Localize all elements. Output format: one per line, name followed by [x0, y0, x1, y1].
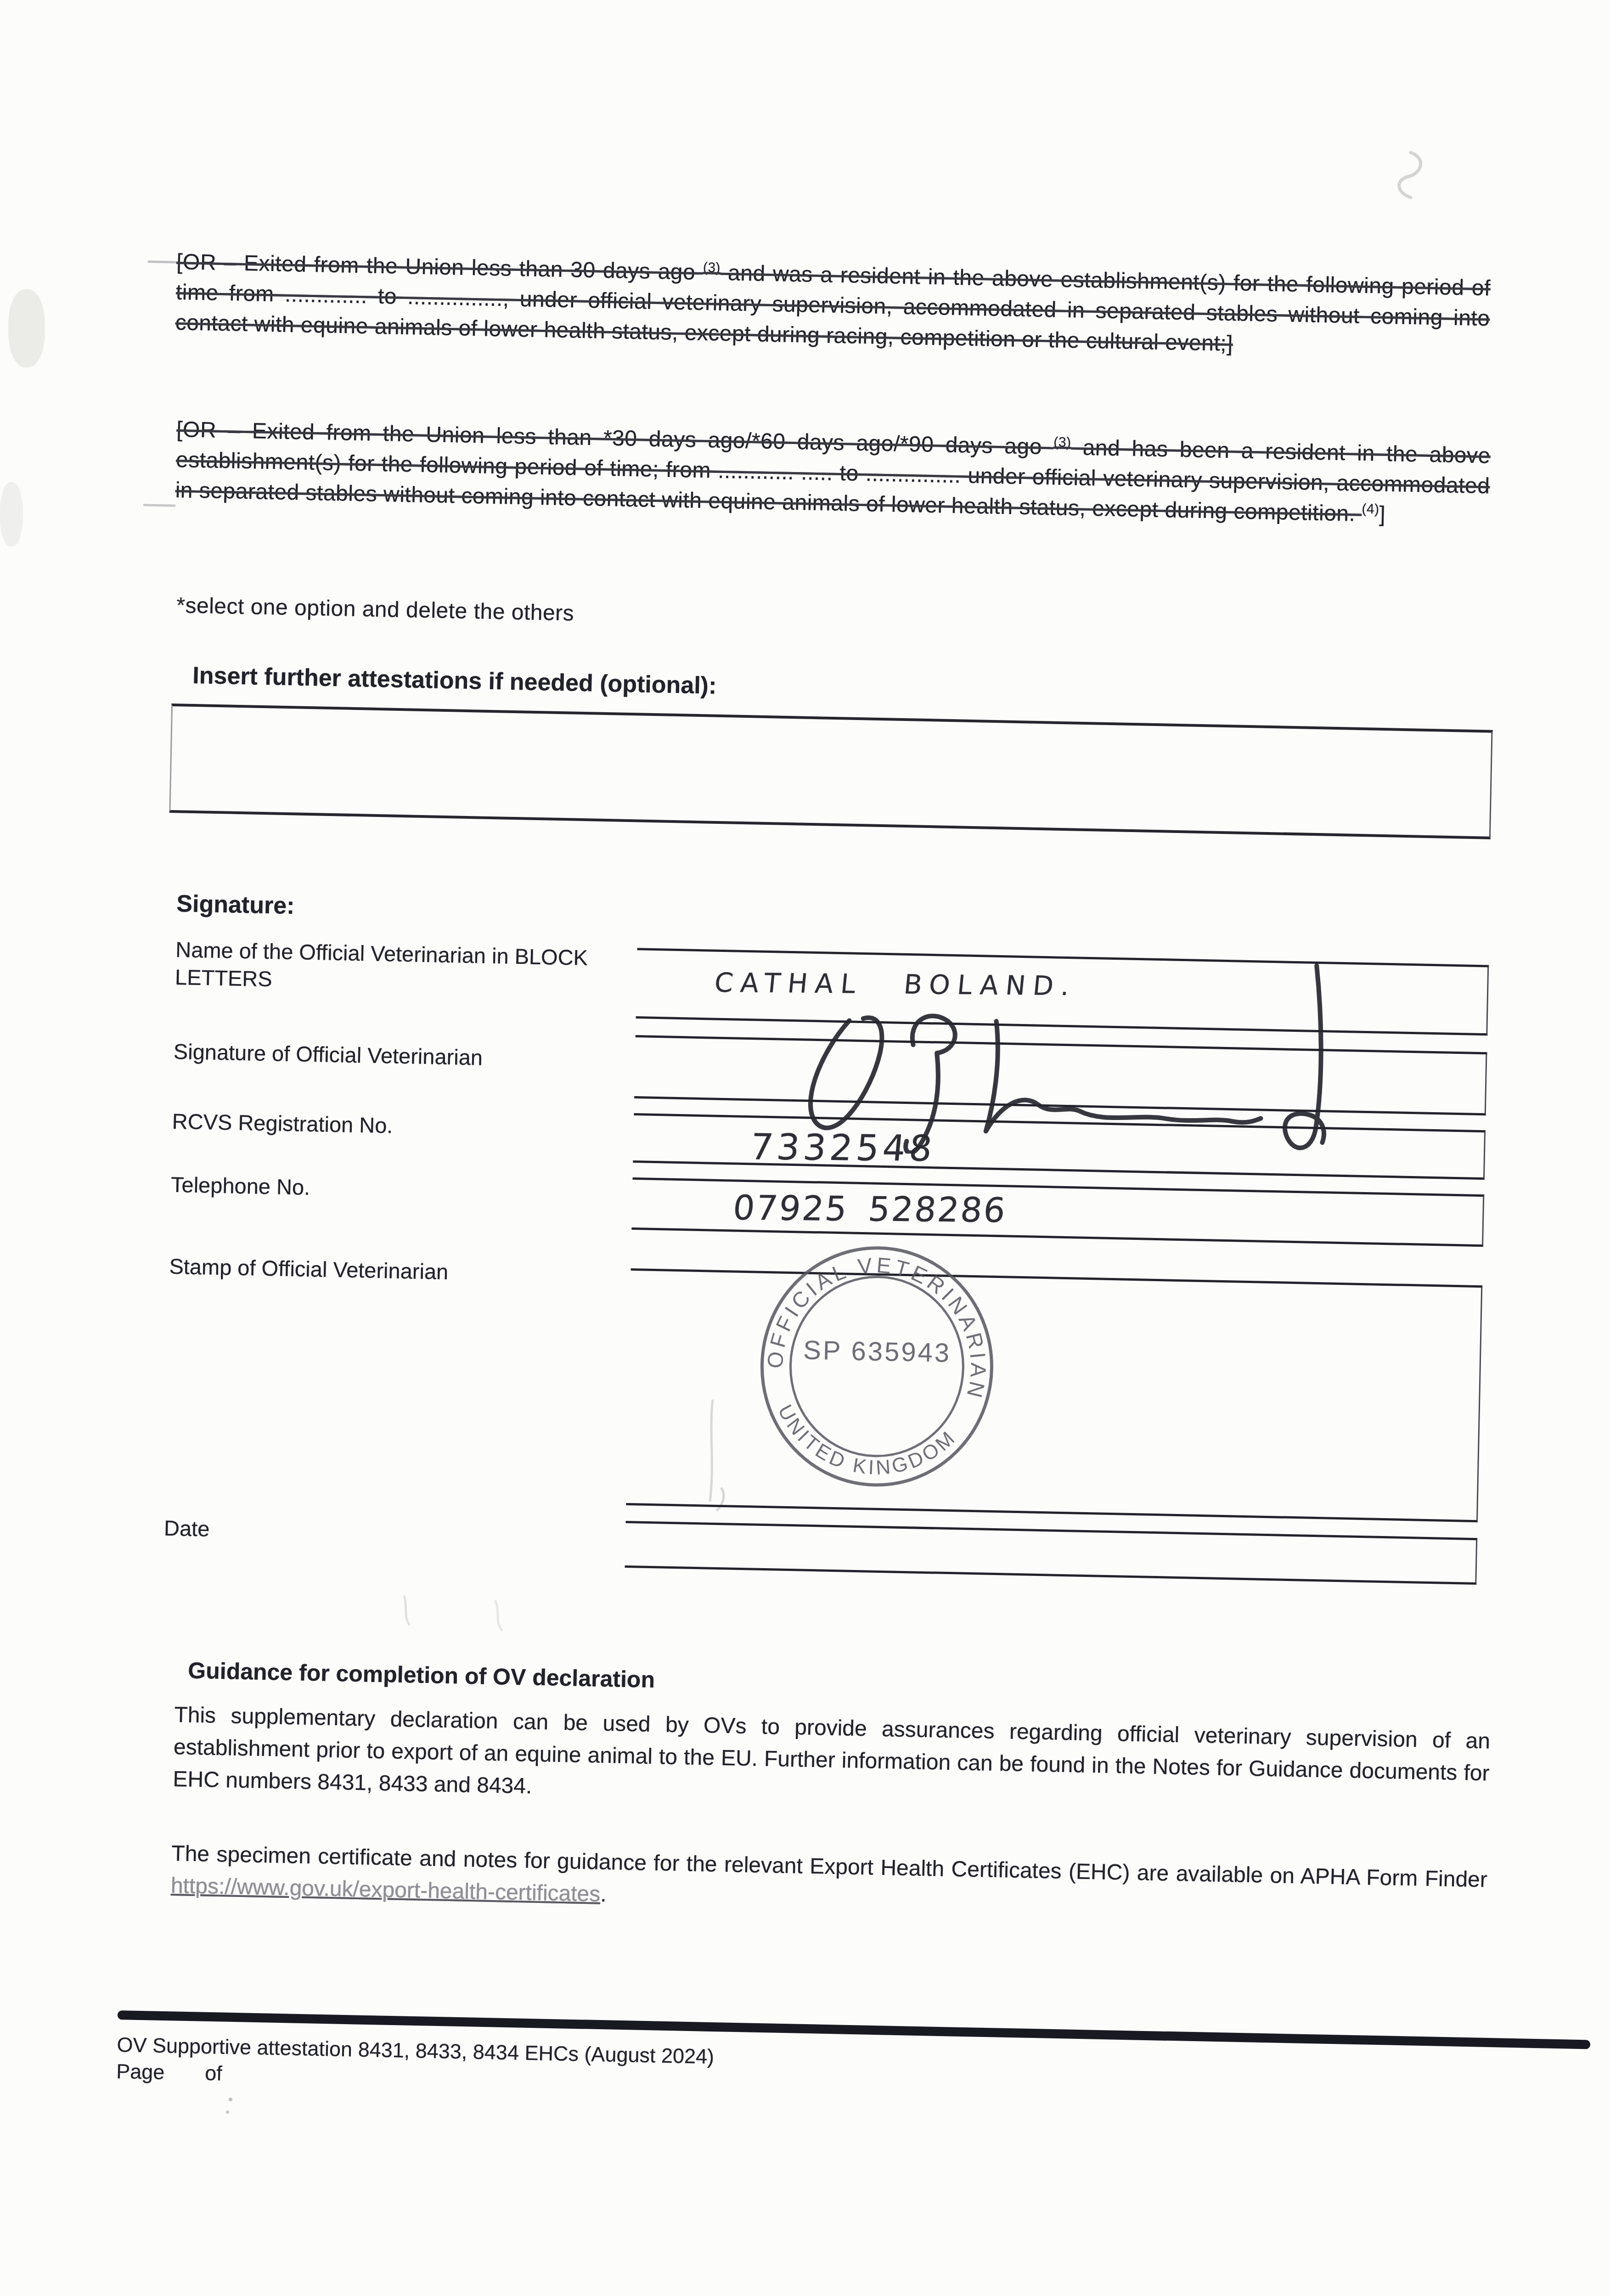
- scan-speck: [226, 2110, 229, 2114]
- export-health-certificates-link: https://www.gov.uk/export-health-certifi…: [170, 1874, 600, 1907]
- stamp-number-text: SP 635943: [803, 1335, 951, 1368]
- select-option-instruction: *select one option and delete the others: [176, 591, 1491, 647]
- svg-text:OFFICIAL VETERINARIAN: OFFICIAL VETERINARIAN: [761, 1238, 1003, 1403]
- scan-squiggle: [1382, 147, 1442, 211]
- option-2-closing-bracket: ]: [1379, 502, 1386, 527]
- further-attestations-box: [169, 703, 1492, 839]
- name-label: Name of the Official Veterinarian in BLO…: [175, 936, 630, 1000]
- scan-speck: [229, 2098, 232, 2101]
- telephone-handwritten-value: 07925 528286: [731, 1188, 1008, 1231]
- signature-section-heading: Signature:: [176, 890, 1495, 944]
- scan-strike-overrun: [143, 504, 175, 506]
- option-1-paragraph: [OR – Exited from the Union less than 30…: [175, 247, 1491, 364]
- stamp-bottom-text: UNITED KINGDOM: [766, 1398, 963, 1493]
- date-label: Date: [164, 1514, 210, 1543]
- scan-smudge: [8, 289, 45, 367]
- option-1-text: [OR – Exited from the Union less than 30…: [176, 250, 703, 285]
- rcvs-label: RCVS Registration No.: [172, 1108, 393, 1140]
- guidance-paragraph-1: This supplementary declaration can be us…: [173, 1699, 1491, 1822]
- footnote-ref-3: (3): [1053, 434, 1071, 450]
- date-field: [625, 1521, 1478, 1585]
- telephone-label: Telephone No.: [171, 1171, 310, 1201]
- footnote-ref-4: (4): [1362, 501, 1379, 517]
- official-veterinarian-stamp: OFFICIAL VETERINARIAN UNITED KINGDOM SP …: [750, 1238, 1003, 1495]
- stamp-label: Stamp of Official Veterinarian: [169, 1253, 449, 1286]
- scan-strike-overrun: [148, 260, 178, 263]
- stamp-top-text: OFFICIAL VETERINARIAN: [761, 1238, 1003, 1403]
- signature-label: Signature of Official Veterinarian: [173, 1038, 628, 1075]
- handwritten-signature: [773, 948, 1354, 1162]
- footnote-ref-3: (3): [703, 260, 721, 276]
- further-attestations-heading: Insert further attestations if needed (o…: [192, 662, 1494, 715]
- guidance-heading: Guidance for completion of OV declaratio…: [188, 1657, 1492, 1710]
- scan-pencil-marks: [399, 1587, 546, 1642]
- footer-page-number-blank: [164, 2079, 205, 2080]
- scanned-document-page: [OR – Exited from the Union less than 30…: [0, 0, 1610, 2296]
- guidance-paragraph-2-period: .: [600, 1882, 607, 1907]
- scan-smudge: [0, 482, 23, 546]
- footer-page-label: Page: [116, 2060, 165, 2084]
- option-2-paragraph: [OR – Exited from the Union less than *3…: [175, 415, 1491, 532]
- svg-text:UNITED KINGDOM: UNITED KINGDOM: [766, 1398, 963, 1493]
- footer-of-label: of: [205, 2061, 223, 2085]
- guidance-paragraph-2: The specimen certificate and notes for g…: [170, 1838, 1487, 1928]
